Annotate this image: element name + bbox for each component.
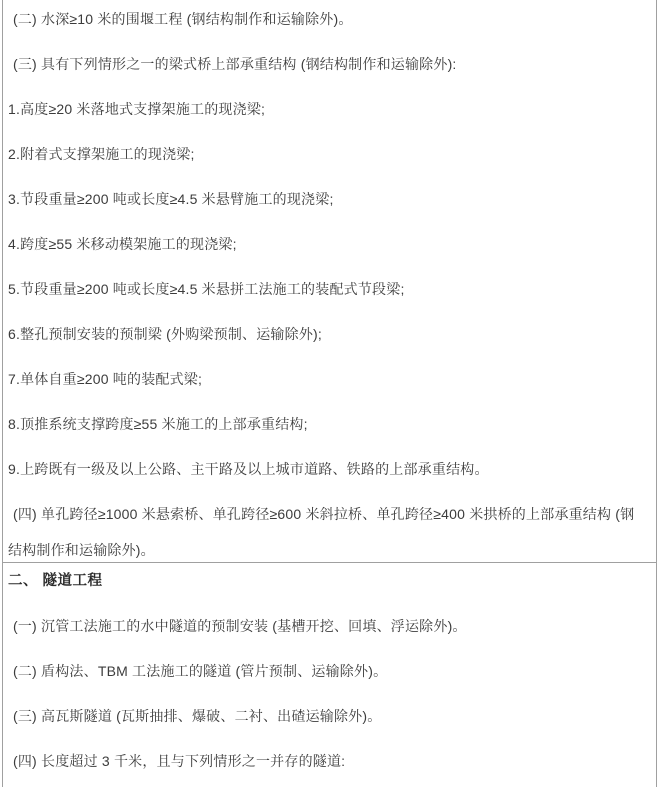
section-tunnel: 二、 隧道工程 (一) 沉管工法施工的水中隧道的预制安装 (基槽开挖、回填、浮运… bbox=[3, 563, 656, 786]
document-page: (二) 水深≥10 米的围堰工程 (钢结构制作和运输除外)。(三) 具有下列情形… bbox=[0, 0, 660, 787]
list-item: (二) 水深≥10 米的围堰工程 (钢结构制作和运输除外)。 bbox=[8, 1, 644, 37]
tunnel-section-title: 二、 隧道工程 bbox=[8, 563, 644, 599]
list-item: 3.节段重量≥200 吨或长度≥4.5 米悬臂施工的现浇梁; bbox=[8, 181, 644, 217]
list-item: 5.节段重量≥200 吨或长度≥4.5 米悬拼工法施工的装配式节段梁; bbox=[8, 271, 644, 307]
list-item: 4.跨度≥55 米移动模架施工的现浇梁; bbox=[8, 226, 644, 262]
list-item: (四) 单孔跨径≥1000 米悬索桥、单孔跨径≥600 米斜拉桥、单孔跨径≥40… bbox=[8, 496, 644, 563]
list-item: 7.单体自重≥200 吨的装配式梁; bbox=[8, 361, 644, 397]
list-item: 8.顶推系统支撑跨度≥55 米施工的上部承重结构; bbox=[8, 406, 644, 442]
list-item: 1.高度≥20 米落地式支撑架施工的现浇梁; bbox=[8, 91, 644, 127]
table-column: (二) 水深≥10 米的围堰工程 (钢结构制作和运输除外)。(三) 具有下列情形… bbox=[2, 0, 657, 787]
list-item: 2.附着式支撑架施工的现浇梁; bbox=[8, 136, 644, 172]
list-item: 9.上跨既有一级及以上公路、主干路及以上城市道路、铁路的上部承重结构。 bbox=[8, 451, 644, 487]
list-item: 6.整孔预制安装的预制梁 (外购梁预制、运输除外); bbox=[8, 316, 644, 352]
list-item: (四) 长度超过 3 千米，且与下列情形之一并存的隧道: bbox=[8, 743, 644, 779]
tunnel-items-list: (一) 沉管工法施工的水中隧道的预制安装 (基槽开挖、回填、浮运除外)。(二) … bbox=[8, 608, 644, 779]
section-bridge-items: (二) 水深≥10 米的围堰工程 (钢结构制作和运输除外)。(三) 具有下列情形… bbox=[3, 0, 656, 563]
list-item: (二) 盾构法、TBM 工法施工的隧道 (管片预制、运输除外)。 bbox=[8, 653, 644, 689]
list-item: (一) 沉管工法施工的水中隧道的预制安装 (基槽开挖、回填、浮运除外)。 bbox=[8, 608, 644, 644]
list-item: (三) 高瓦斯隧道 (瓦斯抽排、爆破、二衬、出碴运输除外)。 bbox=[8, 698, 644, 734]
list-item: (三) 具有下列情形之一的梁式桥上部承重结构 (钢结构制作和运输除外): bbox=[8, 46, 644, 82]
